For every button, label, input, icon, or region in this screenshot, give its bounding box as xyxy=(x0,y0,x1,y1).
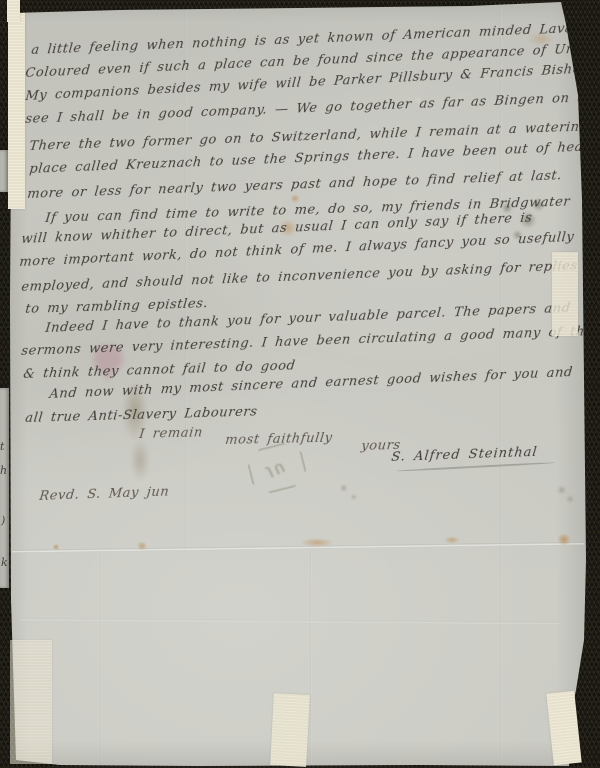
postmark-letters: JU xyxy=(265,457,289,479)
signature: S. Alfred Steinthal xyxy=(391,446,539,464)
handwriting-line: all true Anti-Slavery Labourers xyxy=(25,406,259,426)
ink-showthrough-blotch xyxy=(330,476,364,506)
fold-stain xyxy=(136,542,148,550)
tape-right-middle xyxy=(552,252,578,336)
stain xyxy=(290,194,300,203)
edge-ink-fragment: ) xyxy=(1,514,5,527)
edge-ink-fragment: k. xyxy=(1,556,11,569)
ink-showthrough-blotch xyxy=(548,478,582,508)
tape-bottom-middle xyxy=(270,693,310,767)
handwriting-line: to my rambling epistles. xyxy=(25,297,209,316)
letter-page: JU a little feeling when nothing is as y… xyxy=(0,0,600,768)
fold-stain xyxy=(556,534,572,545)
postmark-stamp: JU xyxy=(244,439,309,497)
edge-ink-fragment: h xyxy=(0,464,7,477)
fold-line xyxy=(12,542,584,553)
fold-stain xyxy=(52,544,60,550)
edge-ink-fragment: t xyxy=(0,440,4,453)
fold-stain xyxy=(444,536,460,544)
crease-horizontal xyxy=(20,618,560,625)
closing-most-faithfully: most faithfully xyxy=(224,432,333,447)
closing-i-remain: I remain xyxy=(139,426,204,441)
fold-stain xyxy=(300,538,334,547)
tape-strip-left-lower xyxy=(10,640,52,764)
tape-tab-top-left xyxy=(7,0,20,22)
facing-page-sliver xyxy=(0,150,8,192)
stain xyxy=(130,438,150,482)
crease-vertical xyxy=(310,548,312,763)
addressee: Revd. S. May jun xyxy=(39,485,170,503)
crease-vertical xyxy=(100,548,102,763)
tape-strip-left xyxy=(8,13,25,209)
